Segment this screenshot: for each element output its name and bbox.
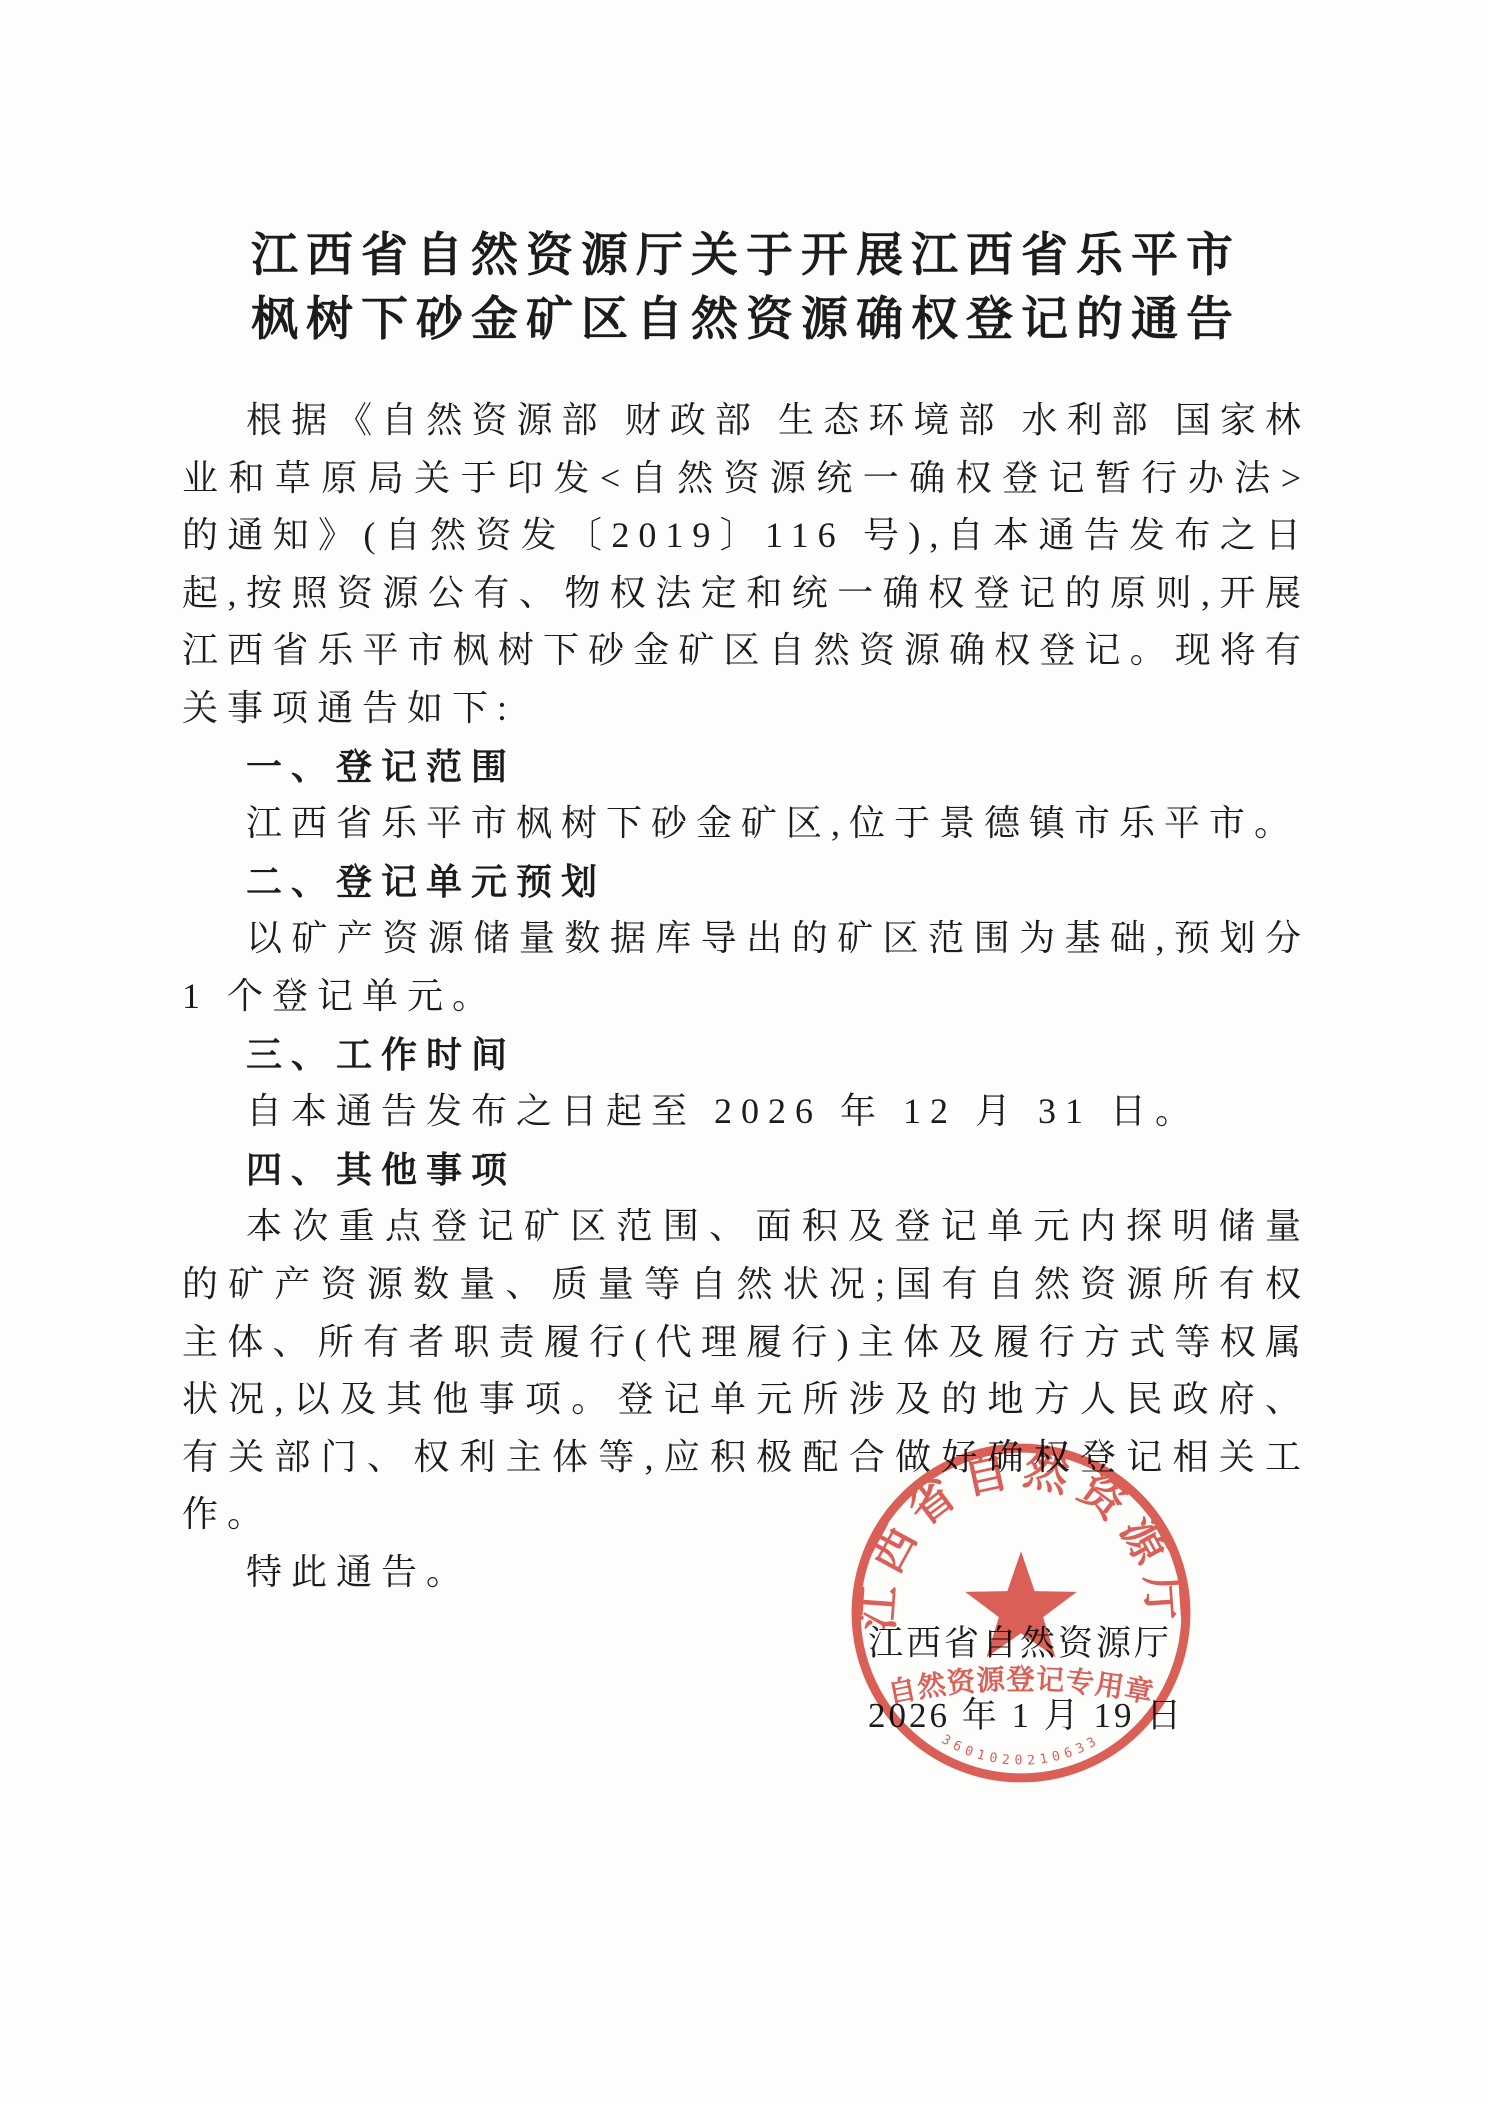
document-body: 江西省自然资源厅关于开展江西省乐平市 枫树下砂金矿区自然资源确权登记的通告 根据… [182, 224, 1310, 1601]
section-1-heading: 一、登记范围 [182, 738, 1310, 796]
title-line-1: 江西省自然资源厅关于开展江西省乐平市 [182, 224, 1310, 288]
section-3-heading: 三、工作时间 [182, 1026, 1310, 1084]
star-icon [965, 1551, 1077, 1657]
svg-text:自然资源登记专用章: 自然资源登记专用章 [885, 1663, 1157, 1710]
seal-banner-text: 自然资源登记专用章 [885, 1663, 1157, 1710]
section-2-body: 以矿产资源储量数据库导出的矿区范围为基础,预划分 1 个登记单元。 [182, 910, 1310, 1025]
section-4-heading: 四、其他事项 [182, 1141, 1310, 1199]
section-1-body: 江西省乐平市枫树下砂金矿区,位于景德镇市乐平市。 [182, 795, 1310, 853]
intro-paragraph: 根据《自然资源部 财政部 生态环境部 水利部 国家林业和草原局关于印发<自然资源… [182, 392, 1310, 738]
official-seal: 江西省自然资源厅 自然资源登记专用章 3601020210633 [846, 1438, 1196, 1788]
section-2-heading: 二、登记单元预划 [182, 853, 1310, 911]
title-line-2: 枫树下砂金矿区自然资源确权登记的通告 [182, 288, 1310, 352]
document-page: 江西省自然资源厅关于开展江西省乐平市 枫树下砂金矿区自然资源确权登记的通告 根据… [0, 0, 1488, 2104]
document-title: 江西省自然资源厅关于开展江西省乐平市 枫树下砂金矿区自然资源确权登记的通告 [182, 224, 1310, 352]
section-3-body: 自本通告发布之日起至 2026 年 12 月 31 日。 [182, 1083, 1310, 1141]
